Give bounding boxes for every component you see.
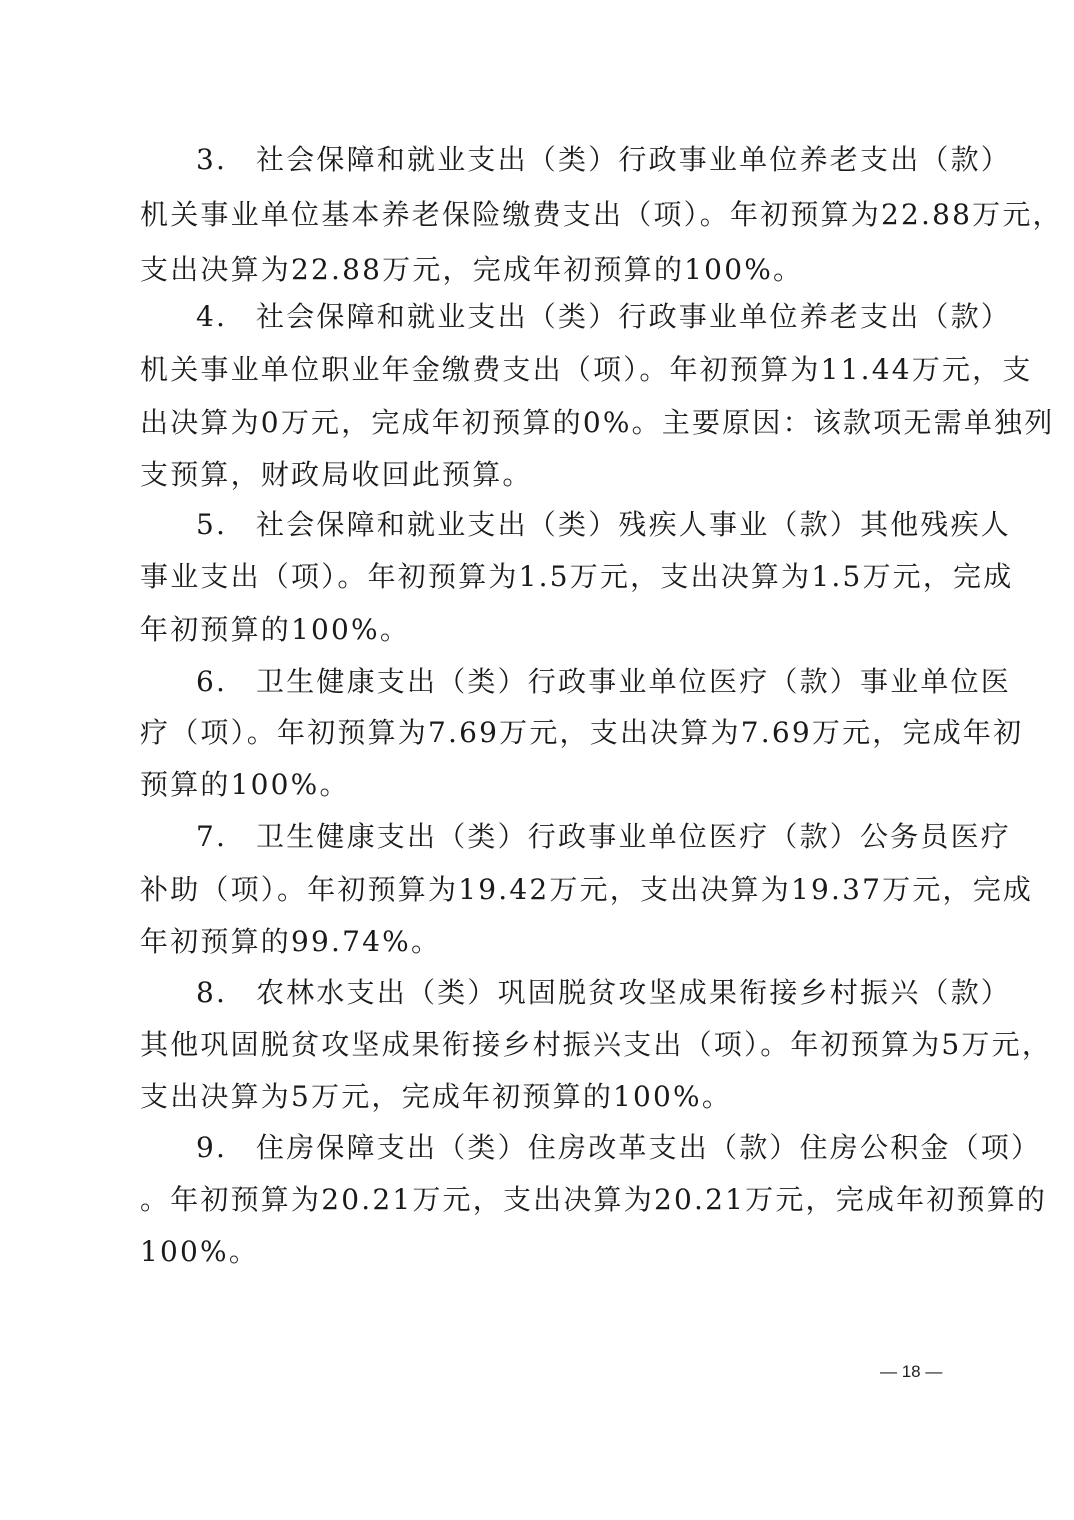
- paragraph-8-line-1: 8.农林水支出（类）巩固脱贫攻坚成果衔接乡村振兴（款）: [196, 973, 1016, 1013]
- page-number: — 18 —: [880, 1362, 942, 1382]
- paragraph-3-line-2: 机关事业单位基本养老保险缴费支出（项）。年初预算为22.88万元，: [140, 195, 960, 235]
- item-number: 8.: [196, 973, 256, 1013]
- item-number: 4.: [196, 297, 256, 337]
- paragraph-8-line-2: 其他巩固脱贫攻坚成果衔接乡村振兴支出（项）。年初预算为5万元，: [140, 1025, 960, 1065]
- paragraph-4-line-4: 支预算，财政局收回此预算。: [140, 455, 960, 495]
- paragraph-6-line-1: 6.卫生健康支出（类）行政事业单位医疗（款）事业单位医: [196, 662, 1016, 702]
- paragraph-5-line-2: 事业支出（项）。年初预算为1.5万元，支出决算为1.5万元，完成: [140, 557, 960, 597]
- paragraph-5-line-1: 5.社会保障和就业支出（类）残疾人事业（款）其他残疾人: [196, 505, 1016, 545]
- paragraph-3-line-1: 3.社会保障和就业支出（类）行政事业单位养老支出（款）: [196, 140, 1016, 180]
- paragraph-9-line-2: 。年初预算为20.21万元，支出决算为20.21万元，完成年初预算的: [140, 1180, 960, 1220]
- paragraph-9-line-1: 9.住房保障支出（类）住房改革支出（款）住房公积金（项）: [196, 1128, 1016, 1168]
- paragraph-7-line-3: 年初预算的99.74%。: [140, 922, 960, 962]
- item-number: 7.: [196, 817, 256, 857]
- paragraph-3-line-3: 支出决算为22.88万元，完成年初预算的100%。: [140, 250, 960, 290]
- paragraph-6-line-2: 疗（项）。年初预算为7.69万元，支出决算为7.69万元，完成年初: [140, 713, 960, 753]
- item-number: 5.: [196, 505, 256, 545]
- paragraph-4-line-3: 出决算为0万元，完成年初预算的0%。主要原因：该款项无需单独列: [140, 403, 960, 443]
- item-number: 3.: [196, 140, 256, 180]
- item-number: 6.: [196, 662, 256, 702]
- paragraph-4-line-2: 机关事业单位职业年金缴费支出（项）。年初预算为11.44万元，支: [140, 350, 960, 390]
- item-number: 9.: [196, 1128, 256, 1168]
- paragraph-4-line-1: 4.社会保障和就业支出（类）行政事业单位养老支出（款）: [196, 297, 1016, 337]
- document-page: 3.社会保障和就业支出（类）行政事业单位养老支出（款） 机关事业单位基本养老保险…: [0, 0, 1074, 1520]
- paragraph-8-line-3: 支出决算为5万元，完成年初预算的100%。: [140, 1077, 960, 1117]
- paragraph-5-line-3: 年初预算的100%。: [140, 610, 960, 650]
- paragraph-7-line-2: 补助（项）。年初预算为19.42万元，支出决算为19.37万元，完成: [140, 870, 960, 910]
- paragraph-6-line-3: 预算的100%。: [140, 765, 960, 805]
- paragraph-9-line-3: 100%。: [140, 1232, 960, 1272]
- paragraph-7-line-1: 7.卫生健康支出（类）行政事业单位医疗（款）公务员医疗: [196, 817, 1016, 857]
